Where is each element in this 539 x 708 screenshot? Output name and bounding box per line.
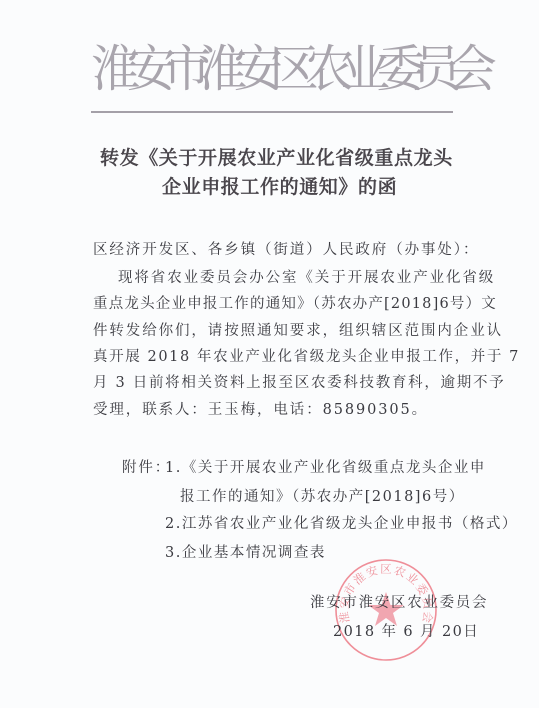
- body-line-1: 现将省农业委员会办公室《关于开展农业产业化省级: [118, 268, 495, 288]
- attachment-1-line-2: 报工作的通知》（苏农办产[2018]6号）: [180, 487, 465, 507]
- salutation: 区经济开发区、各乡镇（街道）人民政府（办事处）：: [93, 240, 479, 260]
- signature-date: 2018 年 6 月 20日: [333, 622, 479, 642]
- attachment-2: 2.江苏省农业产业化省级龙头企业申报书（格式）: [165, 514, 518, 534]
- body-line-2: 重点龙头企业申报工作的通知》（苏农办产[2018]6号）文: [93, 294, 497, 314]
- attachments-label: 附件：: [122, 458, 171, 478]
- signature-organization: 淮安市淮安区农业委员会: [310, 593, 488, 613]
- body-line-6: 受理，联系人：王玉梅，电话：85890305。: [93, 400, 428, 420]
- attachment-1-line-1: 1.《关于开展农业产业化省级重点龙头企业申: [165, 458, 486, 478]
- attachment-3: 3.企业基本情况调查表: [165, 543, 326, 563]
- letterhead-text: 淮安市淮安区农业委员会: [91, 38, 483, 100]
- letterhead-rule: [91, 111, 453, 113]
- body-line-5: 月 3 日前将相关资料上报至区农委科技教育科，逾期不予: [93, 373, 505, 393]
- document-title-line-2: 企业申报工作的通知》的函: [162, 175, 397, 199]
- letterhead-title: 淮安市淮安区农业委员会: [91, 38, 453, 100]
- body-line-4: 真开展 2018 年农业产业化省级龙头企业申报工作，并于 7: [93, 347, 520, 367]
- body-line-3: 件转发给你们，请按照通知要求，组织辖区范围内企业认: [93, 321, 503, 341]
- document-title-line-1: 转发《关于开展农业产业化省级重点龙头: [100, 146, 453, 170]
